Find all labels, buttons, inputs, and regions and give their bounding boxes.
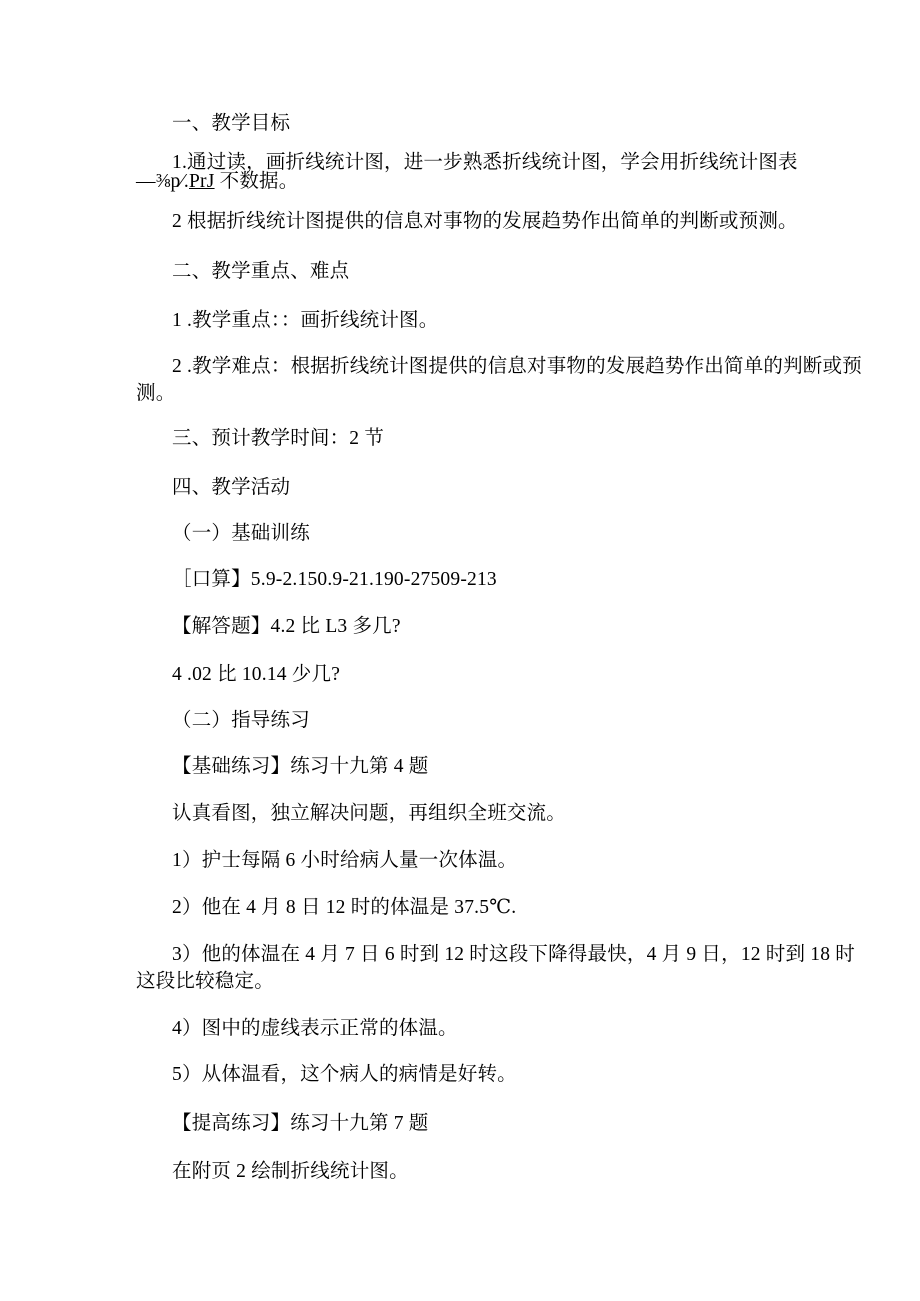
- heading-teaching-objectives: 一、教学目标: [172, 113, 290, 135]
- para-draw-line-chart: 在附页 2 绘制折线统计图。: [172, 1161, 409, 1183]
- garbled-text-underlined: PrJ: [189, 171, 215, 192]
- para-difficult-point-line1: 2 .教学难点：根据折线统计图提供的信息对事物的发展趋势作出简单的判断或预: [172, 356, 862, 378]
- para-advanced-exercise: 【提高练习】练习十九第 7 题: [172, 1113, 429, 1135]
- para-answer-question: 【解答题】4.2 比 L3 多几?: [172, 616, 401, 638]
- para-oral-calculation: ［口算】5.9-2.150.9-21.190-27509-213: [172, 569, 497, 591]
- list-item-1: 1）护士每隔 6 小时给病人量一次体温。: [172, 850, 517, 872]
- heading-teaching-activities: 四、教学活动: [172, 477, 290, 499]
- para-question-4: 4 .02 比 10.14 少几?: [172, 664, 340, 686]
- list-item-5: 5）从体温看，这个病人的病情是好转。: [172, 1064, 517, 1086]
- para-key-point: 1 .教学重点：：画折线统计图。: [172, 310, 438, 332]
- list-item-2: 2）他在 4 月 8 日 12 时的体温是 37.5℃.: [172, 897, 516, 919]
- heading-estimated-time: 三、预计教学时间：2 节: [172, 428, 384, 450]
- heading-key-difficult-points: 二、教学重点、难点: [172, 261, 349, 283]
- subheading-guided-practice: （二）指导练习: [172, 710, 310, 732]
- document-page: 一、教学目标 1.通过读，画折线统计图，进一步熟悉折线统计图，学会用折线统计图表…: [0, 0, 920, 1301]
- list-item-3-line2: 这段比较稳定。: [136, 971, 274, 993]
- garbled-text-pre: —⅜p⁄.: [136, 171, 189, 192]
- list-item-4: 4）图中的虚线表示正常的体温。: [172, 1018, 458, 1040]
- list-item-3-line1: 3）他的体温在 4 月 7 日 6 时到 12 时这段下降得最快，4 月 9 日…: [172, 944, 855, 966]
- para-difficult-point-line2: 测。: [136, 383, 175, 405]
- para-basic-exercise: 【基础练习】练习十九第 4 题: [172, 756, 429, 778]
- para-objective-1-garbled-line: —⅜p⁄.PrJ 不数据。: [136, 171, 298, 193]
- para-objective-2: 2 根据折线统计图提供的信息对事物的发展趋势作出简单的判断或预测。: [172, 211, 798, 233]
- garbled-text-post: 不数据。: [215, 171, 299, 192]
- subheading-basic-training: （一）基础训练: [172, 523, 310, 545]
- para-instructions: 认真看图，独立解决问题，再组织全班交流。: [172, 803, 566, 825]
